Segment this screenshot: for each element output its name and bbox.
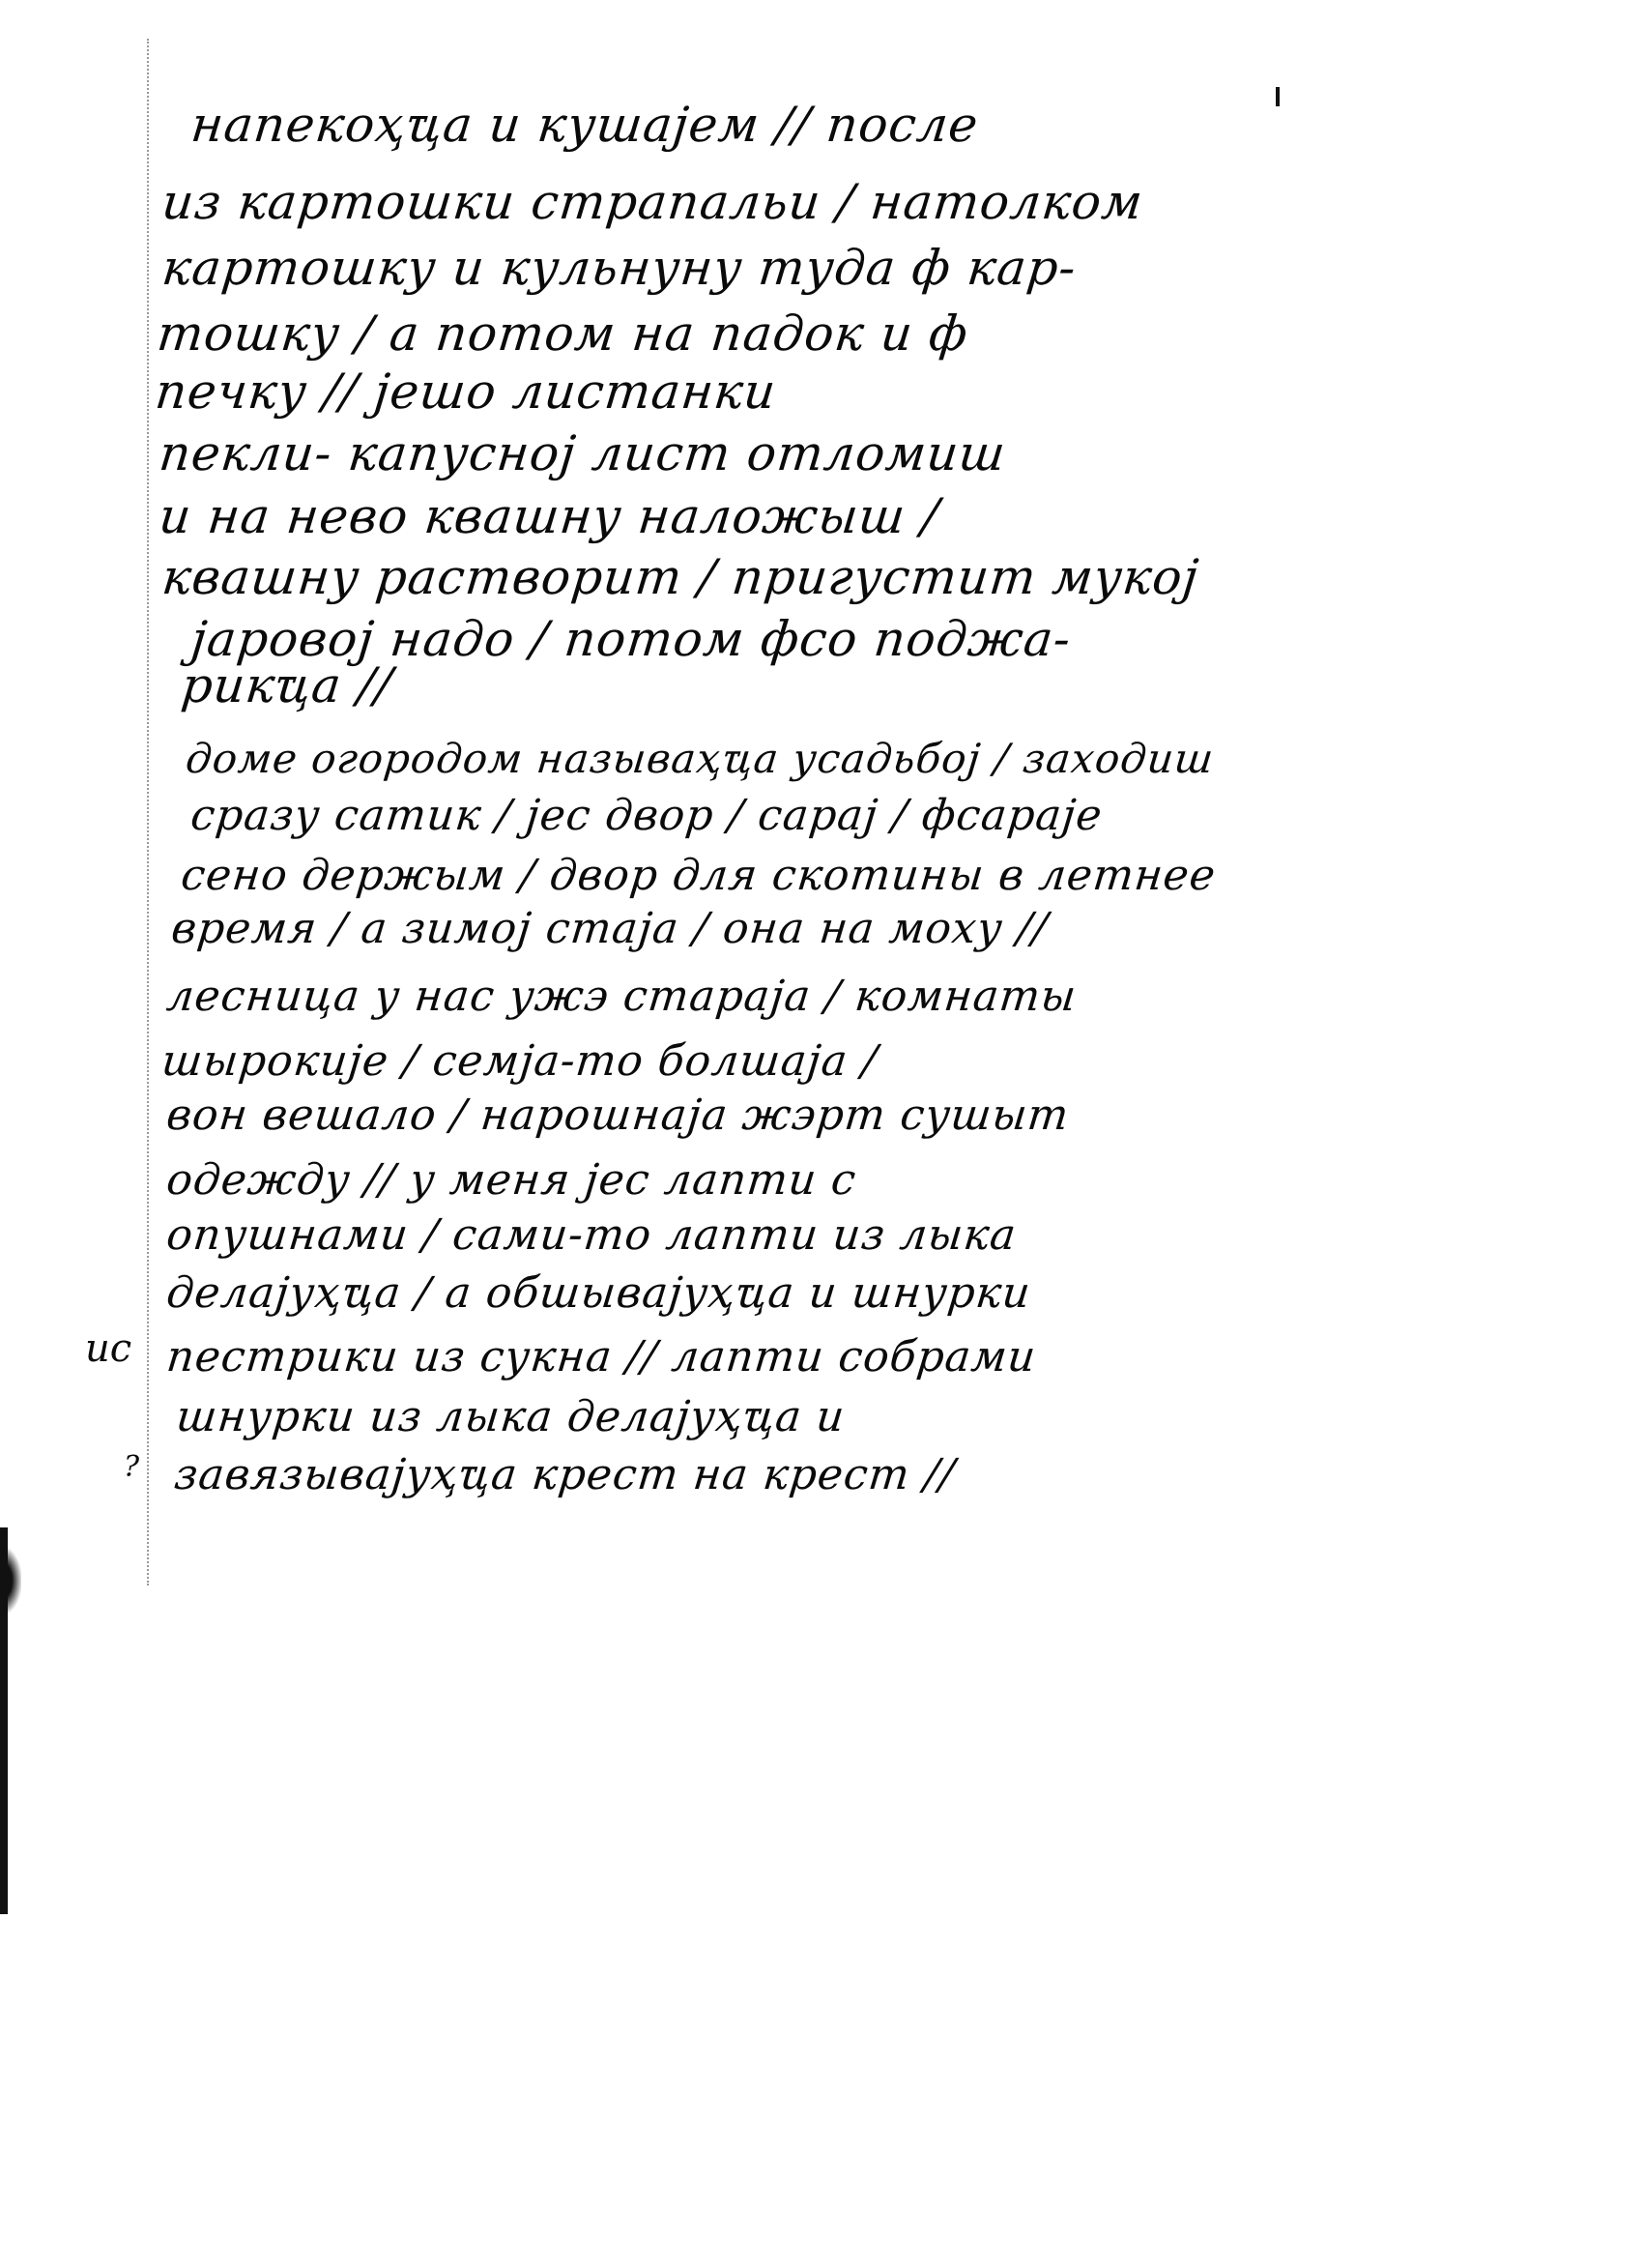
handwritten-line: шнурки из лыка делаjуҳҵа и — [174, 1392, 848, 1441]
handwritten-line: печку // jешо листанки — [153, 363, 779, 420]
handwritten-line: вон вешало / нарошнаја жэрт сушыт — [164, 1090, 1072, 1140]
handwritten-line: делаjуҳҵа / а обшываjуҳҵа и шнурки — [164, 1268, 1033, 1318]
handwritten-line: время / а зимоj стаjа / она на моху // — [169, 904, 1051, 953]
handwritten-line: доме огородом называҳҵа усадьбоj / заход… — [184, 735, 1217, 782]
handwritten-line: пекли- капусноj лист отломиш — [157, 425, 1009, 481]
handwritten-line: одежду // у меня jес лапти с — [164, 1155, 859, 1205]
handwritten-line: завязываjуҳҵа крест на крест // — [172, 1450, 958, 1499]
margin-note: ис — [85, 1326, 131, 1371]
handwritten-line: пестрики из сукна // лапти собрами — [164, 1332, 1039, 1381]
handwritten-line: сразу сатик / jес двор / сарај / фсараје — [188, 791, 1105, 840]
handwritten-line: шырокије / семjа-то болшаја / — [159, 1036, 880, 1086]
handwritten-line: рикҵа // — [179, 657, 395, 713]
handwritten-line: картошку и кульнуну туда ф кар- — [159, 240, 1080, 296]
ink-speck — [1276, 87, 1280, 106]
handwritten-line: напекоҳҵа и кушаjем // после — [188, 97, 981, 153]
handwritten-line: и на нево квашну наложыш / — [157, 488, 942, 544]
handwritten-line: лесница у нас ужэ старајa / комнаты — [164, 972, 1080, 1021]
handwritten-line: квашну растворит / пригустит мукоj — [159, 549, 1201, 605]
handwritten-line: сено держым / двор для скотины в летнее — [179, 851, 1219, 900]
margin-rule — [147, 39, 149, 1585]
handwritten-line: опушнами / сами-то лапти из лыка — [164, 1210, 1019, 1260]
scanned-page: напекоҳҵа и кушаjем // после из картошки… — [0, 0, 1643, 2268]
handwritten-line: тошку / а потом на падок и ф — [155, 305, 971, 362]
scan-edge-blot — [0, 1547, 21, 1614]
handwritten-line: из картошки страпальи / натолком — [159, 174, 1146, 230]
margin-note: ? — [124, 1450, 139, 1484]
